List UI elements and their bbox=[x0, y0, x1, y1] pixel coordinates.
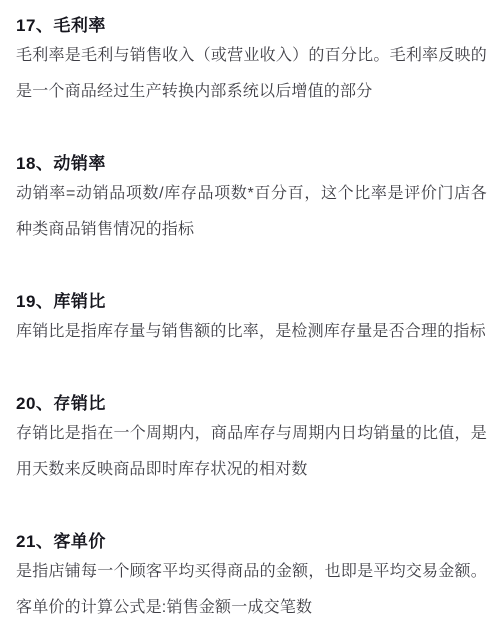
term-heading-19: 19、库销比 bbox=[16, 290, 487, 314]
term-heading-17: 17、毛利率 bbox=[16, 14, 487, 38]
term-section-18: 18、动销率 动销率=动销品项数/库存品项数*百分百，这个比率是评价门店各种类商… bbox=[16, 152, 487, 248]
term-section-19: 19、库销比 库销比是指库存量与销售额的比率，是检测库存量是否合理的指标 bbox=[16, 290, 487, 350]
term-section-21: 21、客单价 是指店铺每一个顾客平均买得商品的金额，也即是平均交易金额。客单价的… bbox=[16, 530, 487, 626]
term-heading-18: 18、动销率 bbox=[16, 152, 487, 176]
term-heading-20: 20、存销比 bbox=[16, 392, 487, 416]
term-definition-20: 存销比是指在一个周期内，商品库存与周期内日均销量的比值，是用天数来反映商品即时库… bbox=[16, 416, 487, 488]
term-heading-21: 21、客单价 bbox=[16, 530, 487, 554]
term-section-20: 20、存销比 存销比是指在一个周期内，商品库存与周期内日均销量的比值，是用天数来… bbox=[16, 392, 487, 488]
term-definition-21: 是指店铺每一个顾客平均买得商品的金额，也即是平均交易金额。客单价的计算公式是:销… bbox=[16, 554, 487, 626]
document-page: 17、毛利率 毛利率是毛利与销售收入（或营业收入）的百分比。毛利率反映的是一个商… bbox=[0, 0, 499, 630]
term-definition-17: 毛利率是毛利与销售收入（或营业收入）的百分比。毛利率反映的是一个商品经过生产转换… bbox=[16, 38, 487, 110]
term-definition-19: 库销比是指库存量与销售额的比率，是检测库存量是否合理的指标 bbox=[16, 314, 487, 350]
term-section-17: 17、毛利率 毛利率是毛利与销售收入（或营业收入）的百分比。毛利率反映的是一个商… bbox=[16, 14, 487, 110]
term-definition-18: 动销率=动销品项数/库存品项数*百分百，这个比率是评价门店各种类商品销售情况的指… bbox=[16, 176, 487, 248]
